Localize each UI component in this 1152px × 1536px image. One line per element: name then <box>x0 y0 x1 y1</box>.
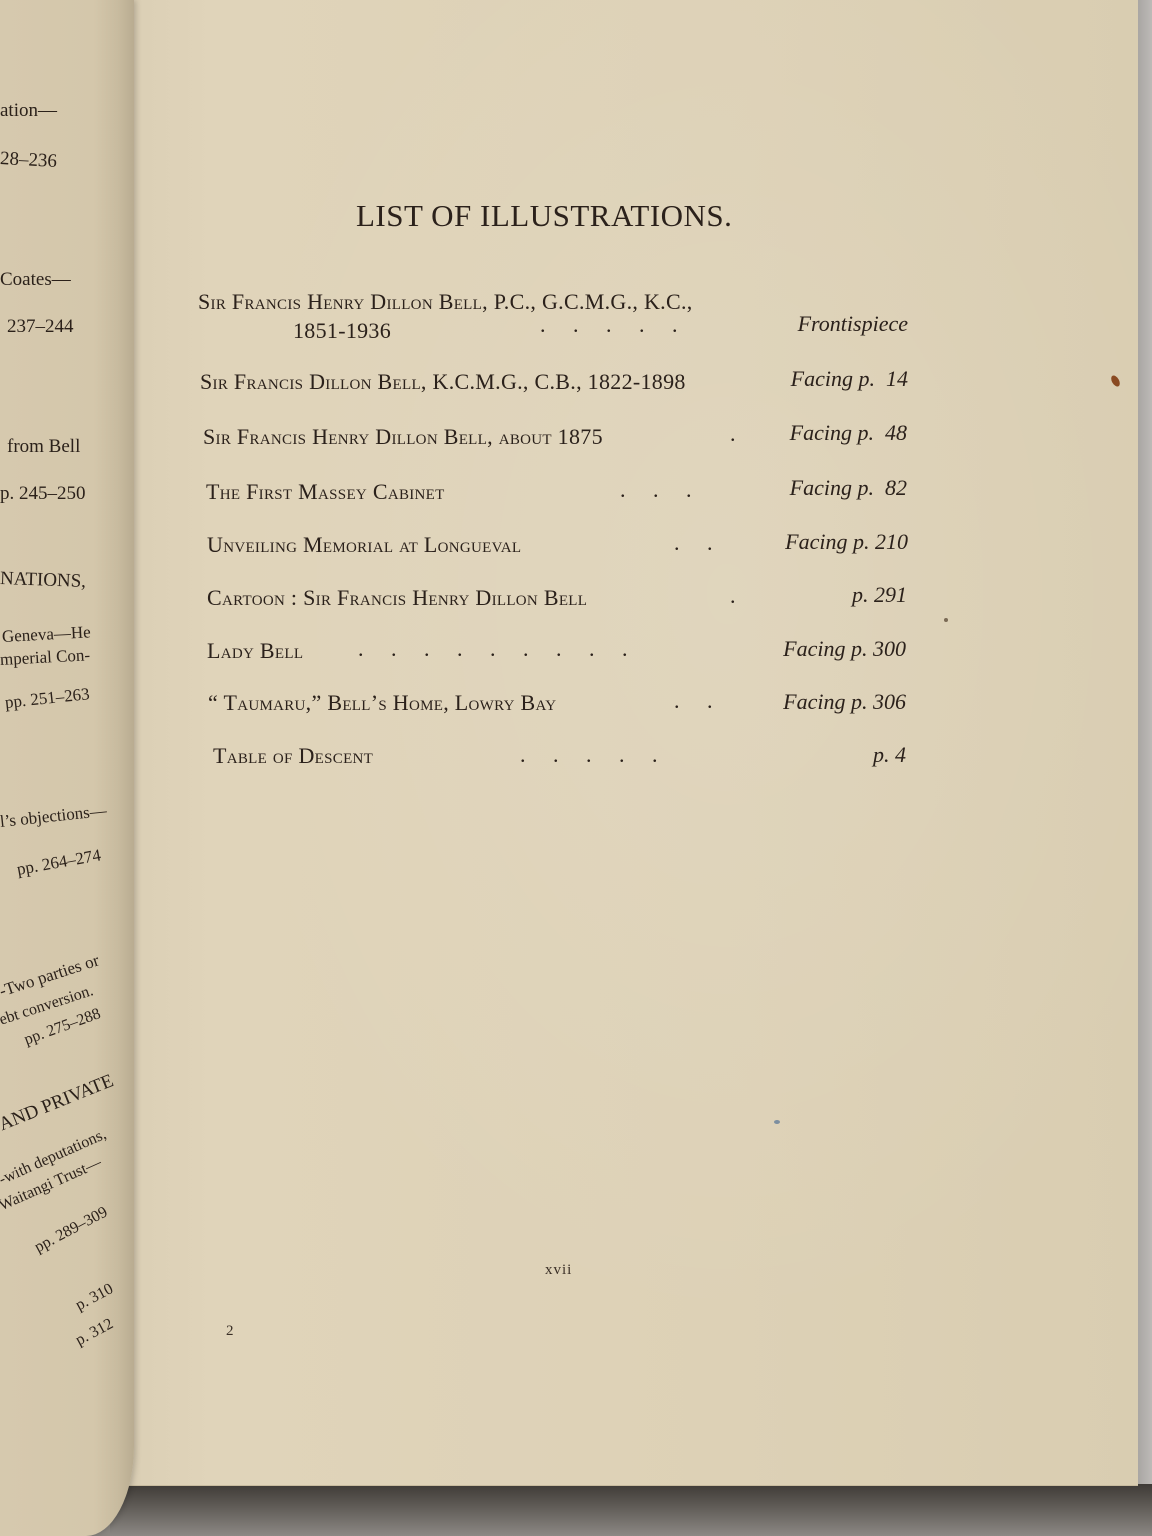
illustration-entry-title: Lady Bell <box>207 638 303 664</box>
illustration-page-ref: Facing p. 306 <box>783 689 906 715</box>
page-number: xvii <box>545 1262 572 1279</box>
background-surface <box>1138 0 1152 1536</box>
left-page-fragment: p. 312 <box>73 1315 117 1350</box>
left-page-fragment: l’s objections— <box>0 801 108 832</box>
page-title: LIST OF ILLUSTRATIONS. <box>356 198 732 234</box>
illustration-page-ref: Facing p. 82 <box>790 475 907 501</box>
foxing-spot <box>774 1120 780 1124</box>
illustration-page-ref: Frontispiece <box>798 311 908 337</box>
left-page-fragment: p. 310 <box>73 1280 117 1315</box>
illustration-entry-title-cont: 1851-1936 <box>293 318 391 344</box>
leader-dots: . <box>730 583 736 609</box>
leader-dots: . . <box>674 688 713 714</box>
leader-dots: . . <box>674 530 713 556</box>
leader-dots: . . . . . <box>540 312 678 338</box>
book-shadow <box>110 1484 1152 1536</box>
illustration-entry-title: Sir Francis Henry Dillon Bell, about 187… <box>203 424 603 450</box>
foxing-spot <box>944 618 948 622</box>
illustration-page-ref: Facing p. 48 <box>790 420 907 446</box>
left-page-fragment: pp. 289–309 <box>32 1203 111 1256</box>
signature-mark: 2 <box>226 1323 235 1340</box>
illustration-entry-title: Sir Francis Dillon Bell, K.C.M.G., C.B.,… <box>200 369 686 395</box>
left-page-fragment: Geneva—He <box>1 622 91 647</box>
illustration-entry-title: Table of Descent <box>213 743 373 769</box>
leader-dots: . . . . . <box>520 742 658 768</box>
illustration-entry-title: The First Massey Cabinet <box>206 479 445 505</box>
leader-dots: . . . . . . . . . <box>358 636 628 662</box>
illustration-entry-title: Cartoon : Sir Francis Henry Dillon Bell <box>207 585 587 611</box>
illustration-page-ref: Facing p. 14 <box>791 366 908 392</box>
foxing-spot <box>1109 374 1121 388</box>
leader-dots: . . . <box>620 477 692 503</box>
left-page-fragment: ation— <box>0 100 57 122</box>
left-page-fragment: pp. 264–274 <box>15 845 102 879</box>
illustration-entry-title: Unveiling Memorial at Longueval <box>207 532 521 558</box>
illustration-page-ref: p. 291 <box>852 582 907 608</box>
left-page-fragment: pp. 251–263 <box>4 684 91 713</box>
left-page-fragment: NATIONS, <box>0 568 86 593</box>
left-page-fragment: Coates— <box>0 269 71 291</box>
leader-dots: . <box>730 421 736 447</box>
book-page-left: ation— 28–236 Coates— 237–244 from Bell … <box>0 0 134 1536</box>
illustration-entry-title: “ Taumaru,” Bell’s Home, Lowry Bay <box>208 690 556 716</box>
left-page-fragment: p. 245–250 <box>0 483 86 505</box>
illustration-page-ref: p. 4 <box>873 742 906 768</box>
left-page-fragment: 28–236 <box>0 148 57 173</box>
illustration-page-ref: Facing p. 300 <box>783 636 906 662</box>
left-page-fragment: mperial Con- <box>0 645 91 670</box>
left-page-fragment: 237–244 <box>7 316 74 338</box>
left-page-fragment: from Bell <box>7 436 80 458</box>
illustration-page-ref: Facing p. 210 <box>785 529 908 555</box>
